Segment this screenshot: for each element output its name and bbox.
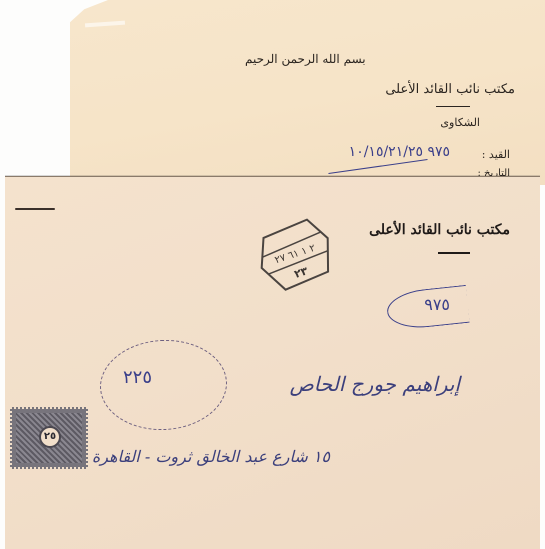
letterhead-divider [438, 252, 470, 254]
oval-handstamp [98, 337, 230, 434]
section-title: الشكاوى [440, 116, 480, 129]
reference-number: ٩٧٥ ١٠/١٥/٢١/٢٥ [349, 144, 450, 160]
envelope-slit [15, 208, 55, 210]
reference-value: ١٠/١٥/٢١/٢٥ [349, 144, 423, 160]
file-number: ٩٧٥ [424, 295, 450, 314]
svg-text:٢٣: ٢٣ [293, 264, 310, 281]
paper-crease [85, 21, 125, 28]
postmark-icon: ٢ ١ ٦١ ٢٧ ٢٣ [246, 208, 344, 299]
basmala-heading: بسم الله الرحمن الرحيم [245, 52, 366, 66]
street-address: ١٥ شارع عبد الخالق ثروت - القاهرة [92, 447, 330, 466]
office-title: مكتب نائب القائد الأعلى [385, 82, 515, 97]
title-divider [436, 106, 470, 107]
revenue-stamp: ٢٥ [10, 407, 88, 469]
stamp-value: ٢٥ [39, 426, 61, 448]
reference-underline [328, 159, 427, 174]
reference-annotation: ٩٧٥ [427, 144, 450, 160]
svg-text:٢ ١ ٦١ ٢٧: ٢ ١ ٦١ ٢٧ [274, 243, 317, 266]
addressee-name: إبراهيم جورج الحاص [290, 372, 460, 396]
reference-label: القيد : [482, 148, 510, 161]
envelope: مكتب نائب القائد الأعلى ٢ ١ ٦١ ٢٧ ٢٣ ٩٧٥… [5, 176, 540, 549]
postmark: ٢ ١ ٦١ ٢٧ ٢٣ [246, 208, 344, 299]
letter-sheet: بسم الله الرحمن الرحيم مكتب نائب القائد … [70, 0, 545, 185]
oval-stamp-value: ٢٢٥ [123, 367, 152, 388]
envelope-letterhead: مكتب نائب القائد الأعلى [369, 222, 510, 238]
scanned-documents: بسم الله الرحمن الرحيم مكتب نائب القائد … [0, 0, 545, 549]
